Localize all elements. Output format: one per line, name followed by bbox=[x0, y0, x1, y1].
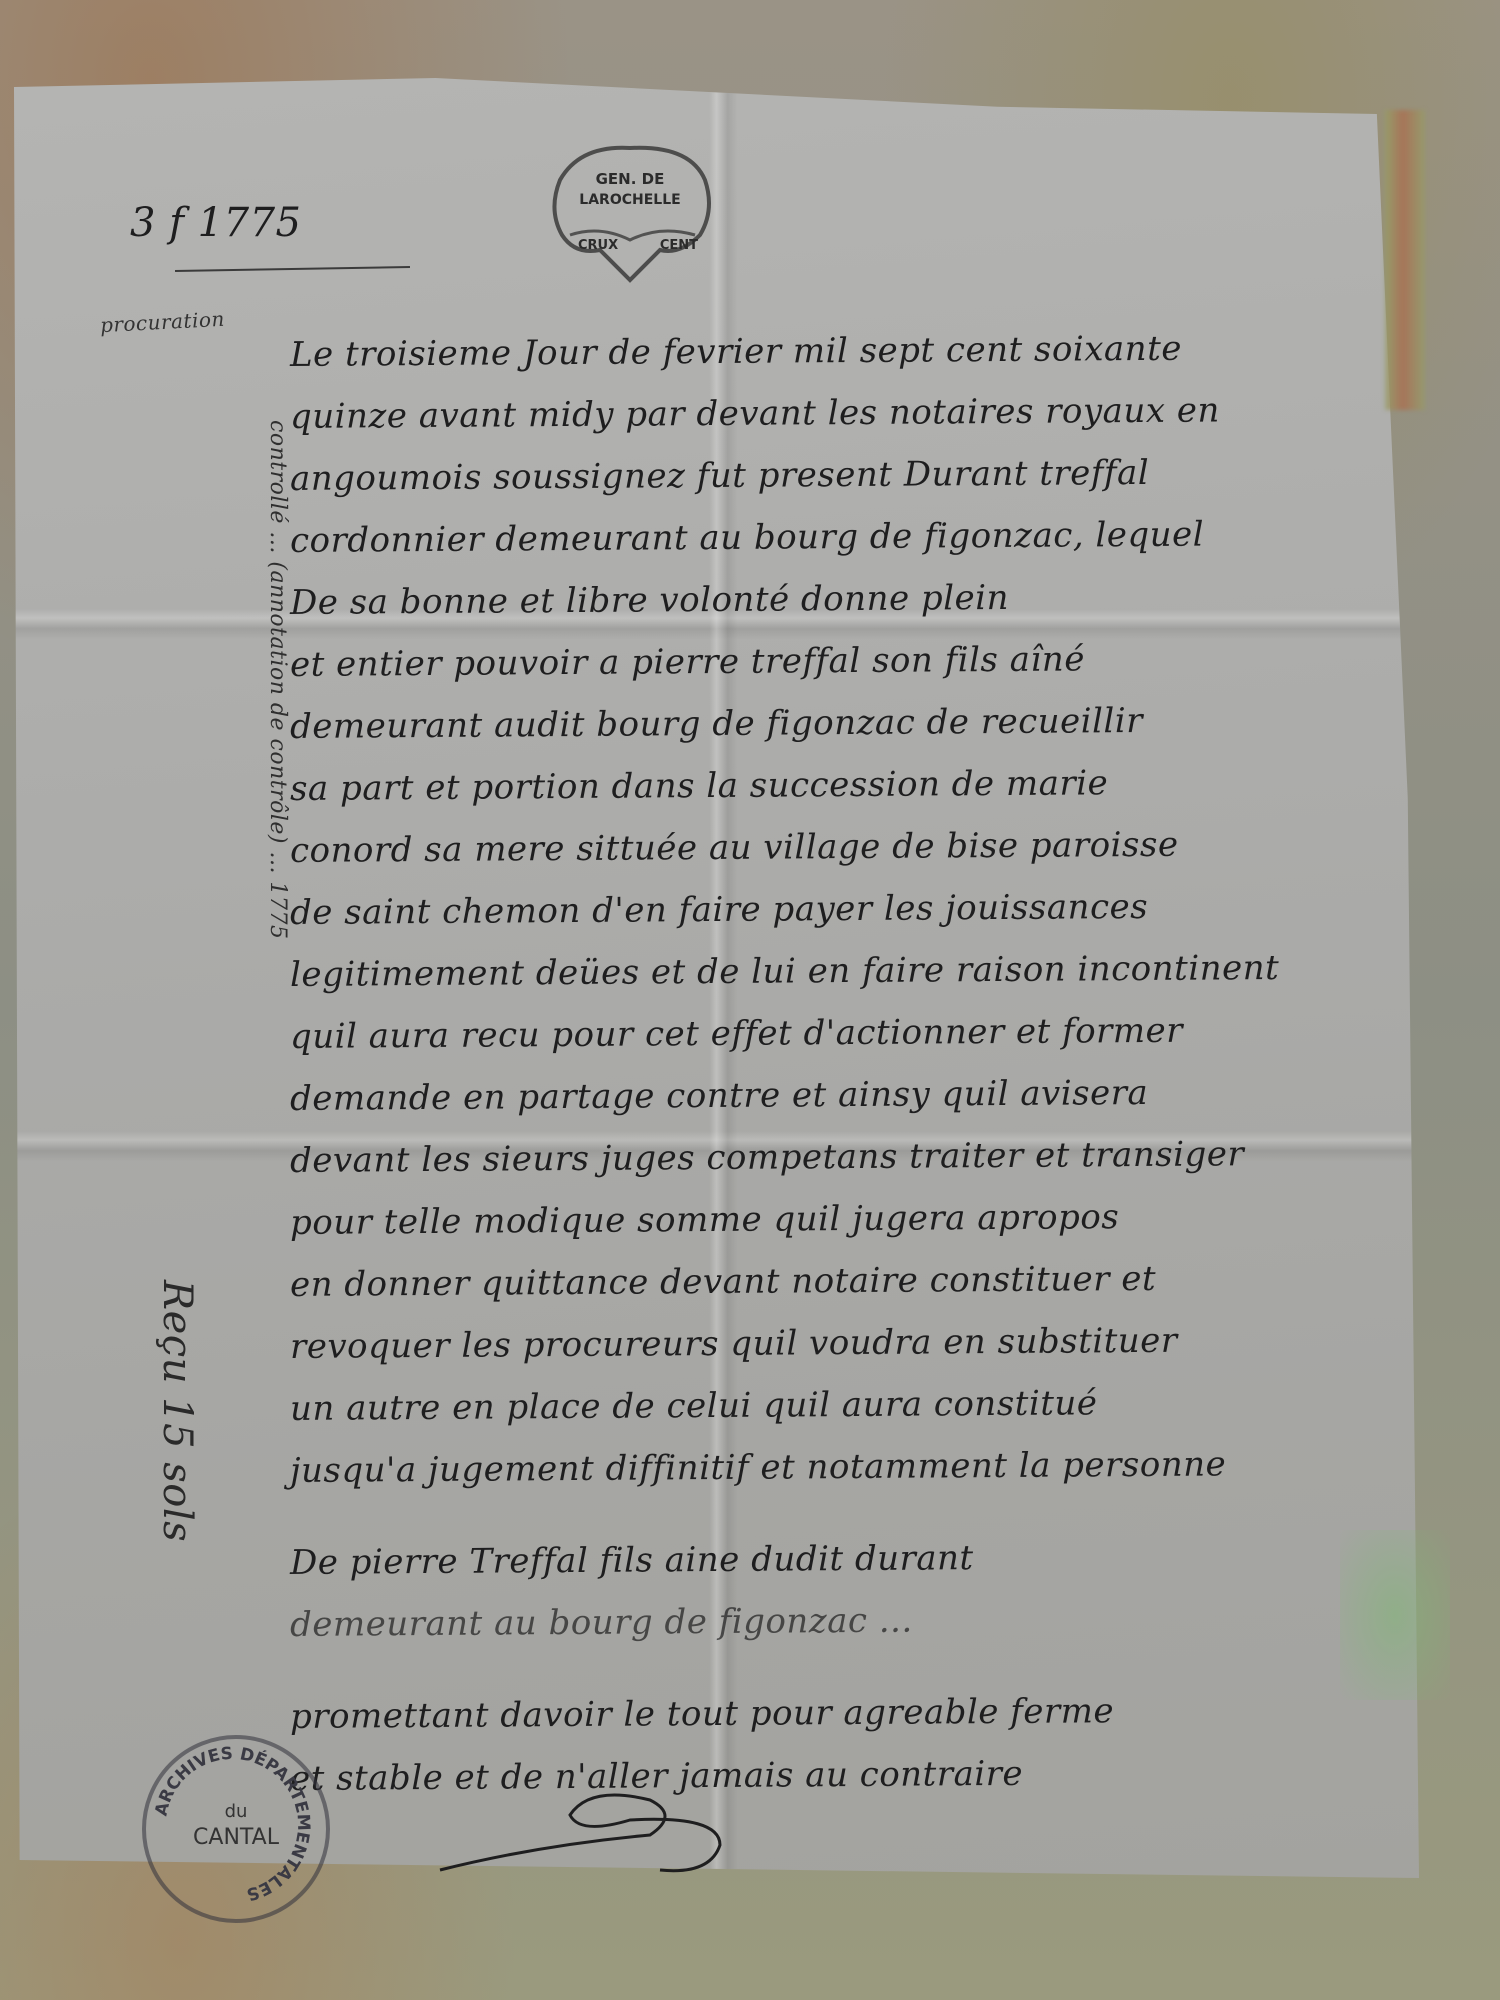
seal-line1: GEN. DE bbox=[540, 170, 720, 188]
text-line: un autre en place de celui quil aura con… bbox=[290, 1370, 1420, 1440]
text-line: conord sa mere sittuée au village de bis… bbox=[290, 812, 1420, 882]
margin-vertical-note: controllé ... (annotation de contrôle) .… bbox=[265, 420, 290, 939]
archives-cantal-stamp: ARCHIVES DÉPARTEMENTALES du CANTAL bbox=[142, 1735, 330, 1923]
text-line: devant les sieurs juges competans traite… bbox=[290, 1122, 1420, 1192]
text-line: De sa bonne et libre volonté donne plein bbox=[290, 564, 1420, 634]
stamp-du: du bbox=[146, 1801, 326, 1822]
text-line: jusqu'a jugement diffinitif et notamment… bbox=[290, 1432, 1420, 1502]
seal-line2: LAROCHELLE bbox=[540, 192, 720, 208]
svg-text:ARCHIVES DÉPARTEMENTALES: ARCHIVES DÉPARTEMENTALES bbox=[152, 1744, 314, 1904]
text-line: promettant davoir le tout pour agreable … bbox=[290, 1678, 1420, 1748]
text-line: quinze avant midy par devant les notaire… bbox=[290, 378, 1420, 448]
text-line: sa part et portion dans la succession de… bbox=[290, 750, 1420, 820]
text-line: Le troisieme Jour de fevrier mil sept ce… bbox=[290, 316, 1420, 386]
text-line: de saint chemon d'en faire payer les jou… bbox=[290, 874, 1420, 944]
text-line: demeurant au bourg de figonzac ... bbox=[290, 1586, 1420, 1656]
tax-seal-stamp: GEN. DE LAROCHELLE CRUX CENT bbox=[540, 140, 720, 290]
date-annotation: 3 f 1775 bbox=[130, 200, 301, 246]
text-line: cordonnier demeurant au bourg de figonza… bbox=[290, 502, 1420, 572]
manuscript-body: Le troisieme Jour de fevrier mil sept ce… bbox=[290, 320, 1420, 1806]
stamp-cantal: CANTAL bbox=[146, 1825, 326, 1850]
text-line: revoquer les procureurs quil voudra en s… bbox=[290, 1308, 1420, 1378]
text-line: et entier pouvoir a pierre treffal son f… bbox=[290, 626, 1420, 696]
text-line: demeurant audit bourg de figonzac de rec… bbox=[290, 688, 1420, 758]
text-line: quil aura recu pour cet effet d'actionne… bbox=[290, 998, 1420, 1068]
text-line: pour telle modique somme quil jugera apr… bbox=[290, 1184, 1420, 1254]
text-line: angoumois soussignez fut present Durant … bbox=[290, 440, 1420, 510]
text-line: De pierre Treffal fils aine dudit durant bbox=[290, 1524, 1420, 1594]
text-line: demande en partage contre et ainsy quil … bbox=[290, 1060, 1420, 1130]
paraphe-flourish-icon bbox=[420, 1775, 740, 1885]
seal-line4: CENT bbox=[660, 238, 698, 253]
text-line: legitimement deües et de lui en faire ra… bbox=[290, 936, 1420, 1006]
seal-outline-icon bbox=[540, 140, 720, 290]
closing-flourish bbox=[420, 1775, 740, 1889]
text-line: en donner quittance devant notaire const… bbox=[290, 1246, 1420, 1316]
margin-signature: Reçu 15 sols bbox=[154, 1280, 200, 1542]
